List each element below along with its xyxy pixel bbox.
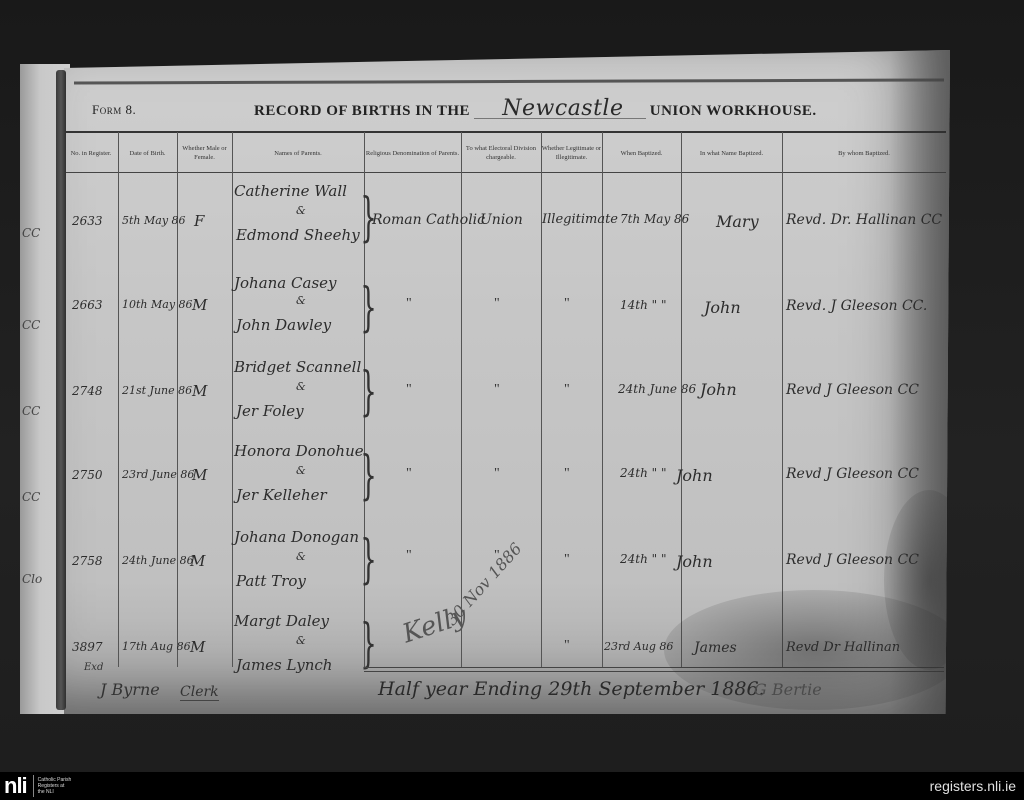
brace-icon: }	[360, 450, 377, 502]
register-entry: 2748 21st June 86 M Bridget Scannell & J…	[64, 346, 946, 432]
stain	[884, 490, 974, 670]
column-header-sex: Whether Male or Female.	[177, 134, 232, 172]
ditto-mark: "	[406, 296, 412, 312]
entry-sex: M	[192, 382, 207, 400]
entry-father: Jer Foley	[236, 402, 304, 420]
book-binding	[56, 70, 66, 710]
ampersand: &	[296, 204, 306, 217]
entry-baptism-name: Mary	[716, 212, 759, 231]
column-header-division: To what Electoral Division chargeable.	[461, 134, 541, 172]
title-prefix: RECORD OF BIRTHS IN THE	[254, 103, 470, 119]
ditto-mark: "	[564, 382, 570, 398]
margin-note: Clo	[22, 572, 42, 586]
footer-bar: nli Catholic Parish Registers at the NLI…	[0, 772, 1024, 800]
footer-signature: J Byrne	[100, 680, 160, 699]
entry-baptism-date: 24th " "	[620, 552, 667, 566]
margin-note: CC	[22, 404, 40, 418]
column-header-religion: Religious Denomination of Parents.	[364, 134, 461, 172]
entry-baptism-name: John	[676, 466, 713, 485]
form-number: Form 8.	[92, 102, 136, 118]
column-header-baptized-name: In what Name Baptized.	[681, 134, 782, 172]
entry-dob: 17th Aug 86	[122, 640, 191, 653]
column-header-when-baptized: When Baptized.	[602, 134, 681, 172]
entry-sex: M	[190, 552, 205, 570]
column-header-parents: Names of Parents.	[232, 134, 364, 172]
entry-baptism-date: 24th " "	[620, 466, 667, 480]
ditto-mark: "	[494, 382, 500, 398]
ditto-mark: "	[494, 466, 500, 482]
entry-father: Patt Troy	[236, 572, 306, 590]
entry-number: 2758	[72, 554, 103, 568]
entry-sex: F	[194, 212, 204, 230]
footer-clerk: Clerk	[180, 684, 219, 701]
entry-father: John Dawley	[236, 316, 331, 334]
entry-religion: Roman Catholic	[372, 212, 485, 228]
entry-dob: 5th May 86	[122, 214, 186, 227]
ampersand: &	[296, 464, 306, 477]
entry-father: James Lynch	[236, 656, 332, 674]
entry-father: Edmond Sheehy	[236, 226, 360, 244]
column-header-by-whom: By whom Baptized.	[782, 134, 946, 172]
entry-baptized-by: Revd. Dr. Hallinan CC	[786, 212, 942, 228]
union-name: Newcastle	[474, 100, 645, 119]
entry-baptized-by: Revd J Gleeson CC	[786, 466, 919, 482]
entry-number: 2663	[72, 298, 103, 312]
entry-mother: Catherine Wall	[234, 182, 347, 200]
entry-division: Union	[480, 212, 523, 228]
brace-icon: }	[360, 534, 377, 586]
entry-mother: Margt Daley	[234, 612, 329, 630]
image-viewer: CC CC CC CC Clo Form 8. RECORD OF BIRTHS…	[0, 0, 1024, 772]
entry-number: 2748	[72, 384, 103, 398]
entry-dob: 23rd June 86	[122, 468, 194, 481]
entry-number: 3897	[72, 640, 103, 654]
entry-baptism-name: John	[704, 298, 741, 317]
entry-dob: 24th June 86	[122, 554, 194, 567]
entry-baptism-name: John	[676, 552, 713, 571]
brand-text: Catholic Parish Registers at the NLI	[34, 777, 78, 795]
entry-baptism-date: 24th June 86	[618, 382, 696, 396]
register-entry: 2663 10th May 86 M Johana Casey & John D…	[64, 260, 946, 346]
entry-sex: M	[192, 296, 207, 314]
brace-icon: }	[360, 618, 377, 670]
column-header-legitimacy: Whether Legitimate or Illegitimate.	[541, 134, 602, 172]
entry-baptism-date: 7th May 86	[620, 212, 689, 226]
entry-number: 2633	[72, 214, 103, 228]
ditto-mark: "	[406, 466, 412, 482]
entry-baptized-by: Revd J Gleeson CC	[786, 552, 919, 568]
ditto-mark: "	[406, 382, 412, 398]
footer-exd: Exd	[84, 662, 103, 673]
entry-mother: Honora Donohue	[234, 442, 364, 460]
ampersand: &	[296, 634, 306, 647]
header-top-rule	[64, 131, 946, 133]
entry-legitimacy: Illegitimate	[542, 212, 618, 227]
entry-baptism-date: 14th " "	[620, 298, 667, 312]
column-header-no: No. in Register.	[64, 134, 118, 172]
entry-baptism-name: John	[700, 380, 737, 399]
entry-sex: M	[190, 638, 205, 656]
page-title: RECORD OF BIRTHS IN THE Newcastle UNION …	[254, 100, 817, 120]
entry-dob: 10th May 86	[122, 298, 193, 311]
brace-icon: }	[360, 282, 377, 334]
entry-sex: M	[192, 466, 207, 484]
nli-logo: nli	[4, 775, 34, 797]
entry-mother: Johana Donogan	[234, 528, 359, 546]
ampersand: &	[296, 380, 306, 393]
ampersand: &	[296, 294, 306, 307]
entry-father: Jer Kelleher	[236, 486, 327, 504]
register-page: Form 8. RECORD OF BIRTHS IN THE Newcastl…	[64, 50, 950, 714]
brand-line: the NLI	[38, 789, 54, 795]
entry-number: 2750	[72, 468, 103, 482]
brace-icon: }	[360, 366, 377, 418]
register-entry: 2633 5th May 86 F Catherine Wall & Edmon…	[64, 174, 946, 260]
entry-baptized-by: Revd. J Gleeson CC.	[786, 298, 927, 314]
title-suffix: UNION WORKHOUSE.	[650, 103, 817, 119]
nli-brand[interactable]: nli Catholic Parish Registers at the NLI	[0, 775, 78, 797]
page-top-rule	[74, 78, 944, 84]
entry-baptized-by: Revd J Gleeson CC	[786, 382, 919, 398]
ditto-mark: "	[564, 466, 570, 482]
margin-note: CC	[22, 226, 40, 240]
register-entry: 2750 23rd June 86 M Honora Donohue & Jer…	[64, 432, 946, 518]
entry-baptism-date: 23rd Aug 86	[604, 640, 673, 653]
margin-note: CC	[22, 318, 40, 332]
ditto-mark: "	[564, 552, 570, 568]
ditto-mark: "	[564, 296, 570, 312]
stain	[664, 590, 964, 710]
header-bottom-rule	[64, 172, 946, 173]
ditto-mark: "	[564, 638, 570, 654]
ditto-mark: "	[406, 548, 412, 564]
column-header-dob: Date of Birth.	[118, 134, 177, 172]
entry-mother: Johana Casey	[234, 274, 337, 292]
ampersand: &	[296, 550, 306, 563]
ditto-mark: "	[494, 296, 500, 312]
entry-dob: 21st June 86	[122, 384, 192, 397]
margin-note: CC	[22, 490, 40, 504]
site-link[interactable]: registers.nli.ie	[930, 778, 1024, 794]
entry-mother: Bridget Scannell	[234, 358, 361, 376]
